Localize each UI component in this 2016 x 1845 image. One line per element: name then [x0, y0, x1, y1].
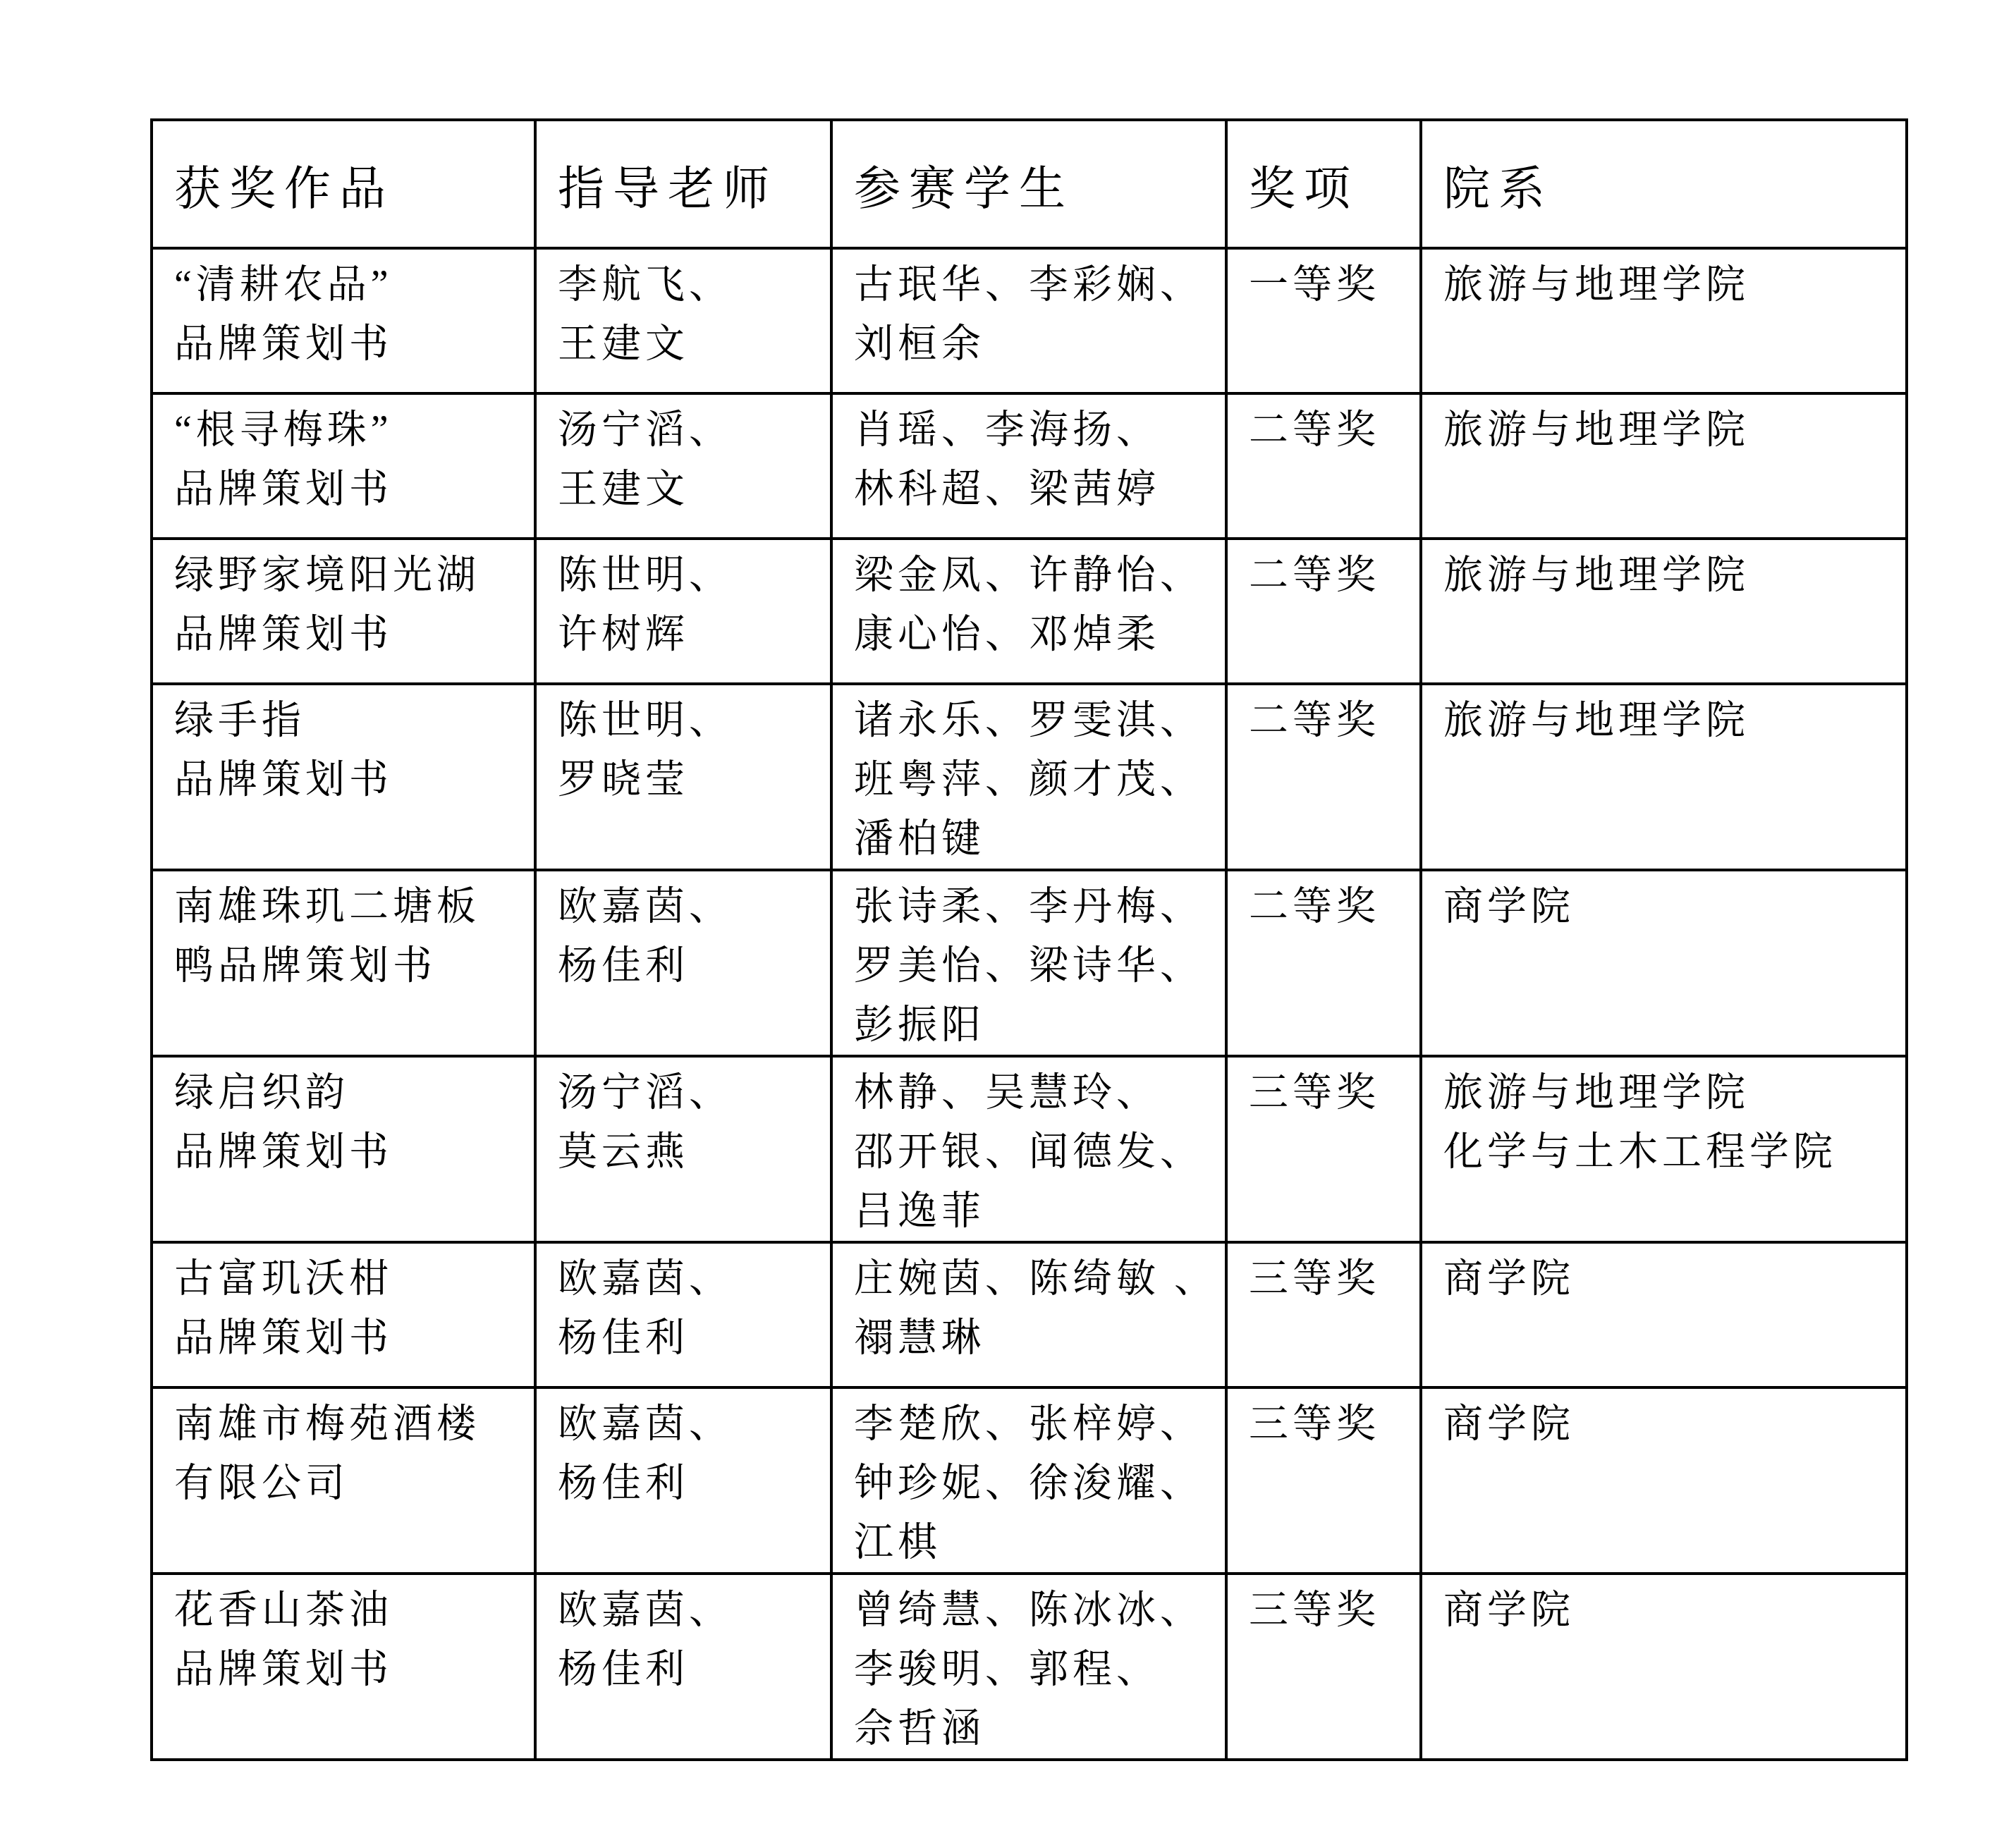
- header-cell-department: 院系: [1421, 120, 1907, 248]
- header-cell-award: 奖项: [1226, 120, 1421, 248]
- cell-teachers: 李航飞、 王建文: [535, 248, 831, 393]
- cell-students: 林静、吴慧玲、 邵开银、闻德发、 吕逸菲: [831, 1056, 1226, 1242]
- cell-students: 李楚欣、张梓婷、 钟珍妮、徐浚耀、 江棋: [831, 1387, 1226, 1574]
- table-row: 南雄市梅苑酒楼 有限公司 欧嘉茵、 杨佳利 李楚欣、张梓婷、 钟珍妮、徐浚耀、 …: [152, 1387, 1907, 1574]
- cell-award: 三等奖: [1226, 1056, 1421, 1242]
- page: 获奖作品 指导老师 参赛学生 奖项 院系 “清耕农品” 品牌策划书 李航飞、 王…: [0, 0, 2016, 1845]
- cell-teachers: 汤宁滔、 王建文: [535, 393, 831, 539]
- table-row: 绿手指 品牌策划书 陈世明、 罗晓莹 诸永乐、罗雯淇、 班粤萍、颜才茂、 潘柏键…: [152, 684, 1907, 870]
- cell-award: 二等奖: [1226, 684, 1421, 870]
- cell-students: 庄婉茵、陈绮敏 、 禤慧琳: [831, 1242, 1226, 1387]
- header-row: 获奖作品 指导老师 参赛学生 奖项 院系: [152, 120, 1907, 248]
- cell-work: “根寻梅珠” 品牌策划书: [152, 393, 535, 539]
- cell-teachers: 欧嘉茵、 杨佳利: [535, 870, 831, 1056]
- cell-teachers: 欧嘉茵、 杨佳利: [535, 1387, 831, 1574]
- table-row: 古富玑沃柑 品牌策划书 欧嘉茵、 杨佳利 庄婉茵、陈绮敏 、 禤慧琳 三等奖 商…: [152, 1242, 1907, 1387]
- cell-department: 商学院: [1421, 1387, 1907, 1574]
- table-row: “清耕农品” 品牌策划书 李航飞、 王建文 古珉华、李彩娴、 刘桓余 一等奖 旅…: [152, 248, 1907, 393]
- cell-award: 二等奖: [1226, 539, 1421, 684]
- table-row: 绿野家境阳光湖 品牌策划书 陈世明、 许树辉 梁金凤、许静怡、 康心怡、邓焯柔 …: [152, 539, 1907, 684]
- cell-department: 商学院: [1421, 1574, 1907, 1760]
- cell-work: 绿手指 品牌策划书: [152, 684, 535, 870]
- cell-students: 梁金凤、许静怡、 康心怡、邓焯柔: [831, 539, 1226, 684]
- header-cell-teachers: 指导老师: [535, 120, 831, 248]
- cell-work: 古富玑沃柑 品牌策划书: [152, 1242, 535, 1387]
- cell-award: 三等奖: [1226, 1387, 1421, 1574]
- cell-teachers: 陈世明、 许树辉: [535, 539, 831, 684]
- cell-work: 绿野家境阳光湖 品牌策划书: [152, 539, 535, 684]
- cell-department: 商学院: [1421, 870, 1907, 1056]
- header-cell-work: 获奖作品: [152, 120, 535, 248]
- cell-students: 肖瑶、李海扬、 林科超、梁茜婷: [831, 393, 1226, 539]
- cell-teachers: 陈世明、 罗晓莹: [535, 684, 831, 870]
- table-row: “根寻梅珠” 品牌策划书 汤宁滔、 王建文 肖瑶、李海扬、 林科超、梁茜婷 二等…: [152, 393, 1907, 539]
- cell-department: 旅游与地理学院: [1421, 539, 1907, 684]
- cell-teachers: 欧嘉茵、 杨佳利: [535, 1242, 831, 1387]
- cell-department: 商学院: [1421, 1242, 1907, 1387]
- cell-award: 三等奖: [1226, 1574, 1421, 1760]
- awards-table: 获奖作品 指导老师 参赛学生 奖项 院系 “清耕农品” 品牌策划书 李航飞、 王…: [150, 118, 1908, 1761]
- cell-award: 一等奖: [1226, 248, 1421, 393]
- cell-award: 二等奖: [1226, 393, 1421, 539]
- cell-department: 旅游与地理学院: [1421, 248, 1907, 393]
- table-row: 南雄珠玑二塘板 鸭品牌策划书 欧嘉茵、 杨佳利 张诗柔、李丹梅、 罗美怡、梁诗华…: [152, 870, 1907, 1056]
- cell-students: 古珉华、李彩娴、 刘桓余: [831, 248, 1226, 393]
- cell-department: 旅游与地理学院: [1421, 684, 1907, 870]
- cell-work: “清耕农品” 品牌策划书: [152, 248, 535, 393]
- cell-teachers: 汤宁滔、 莫云燕: [535, 1056, 831, 1242]
- header-cell-students: 参赛学生: [831, 120, 1226, 248]
- cell-work: 南雄珠玑二塘板 鸭品牌策划书: [152, 870, 535, 1056]
- cell-students: 诸永乐、罗雯淇、 班粤萍、颜才茂、 潘柏键: [831, 684, 1226, 870]
- cell-award: 二等奖: [1226, 870, 1421, 1056]
- cell-work: 花香山茶油 品牌策划书: [152, 1574, 535, 1760]
- table-row: 花香山茶油 品牌策划书 欧嘉茵、 杨佳利 曾绮慧、陈冰冰、 李骏明、郭程、 佘哲…: [152, 1574, 1907, 1760]
- table-row: 绿启织韵 品牌策划书 汤宁滔、 莫云燕 林静、吴慧玲、 邵开银、闻德发、 吕逸菲…: [152, 1056, 1907, 1242]
- cell-teachers: 欧嘉茵、 杨佳利: [535, 1574, 831, 1760]
- cell-work: 南雄市梅苑酒楼 有限公司: [152, 1387, 535, 1574]
- cell-award: 三等奖: [1226, 1242, 1421, 1387]
- cell-department: 旅游与地理学院: [1421, 393, 1907, 539]
- cell-students: 曾绮慧、陈冰冰、 李骏明、郭程、 佘哲涵: [831, 1574, 1226, 1760]
- cell-department: 旅游与地理学院 化学与土木工程学院: [1421, 1056, 1907, 1242]
- cell-students: 张诗柔、李丹梅、 罗美怡、梁诗华、 彭振阳: [831, 870, 1226, 1056]
- cell-work: 绿启织韵 品牌策划书: [152, 1056, 535, 1242]
